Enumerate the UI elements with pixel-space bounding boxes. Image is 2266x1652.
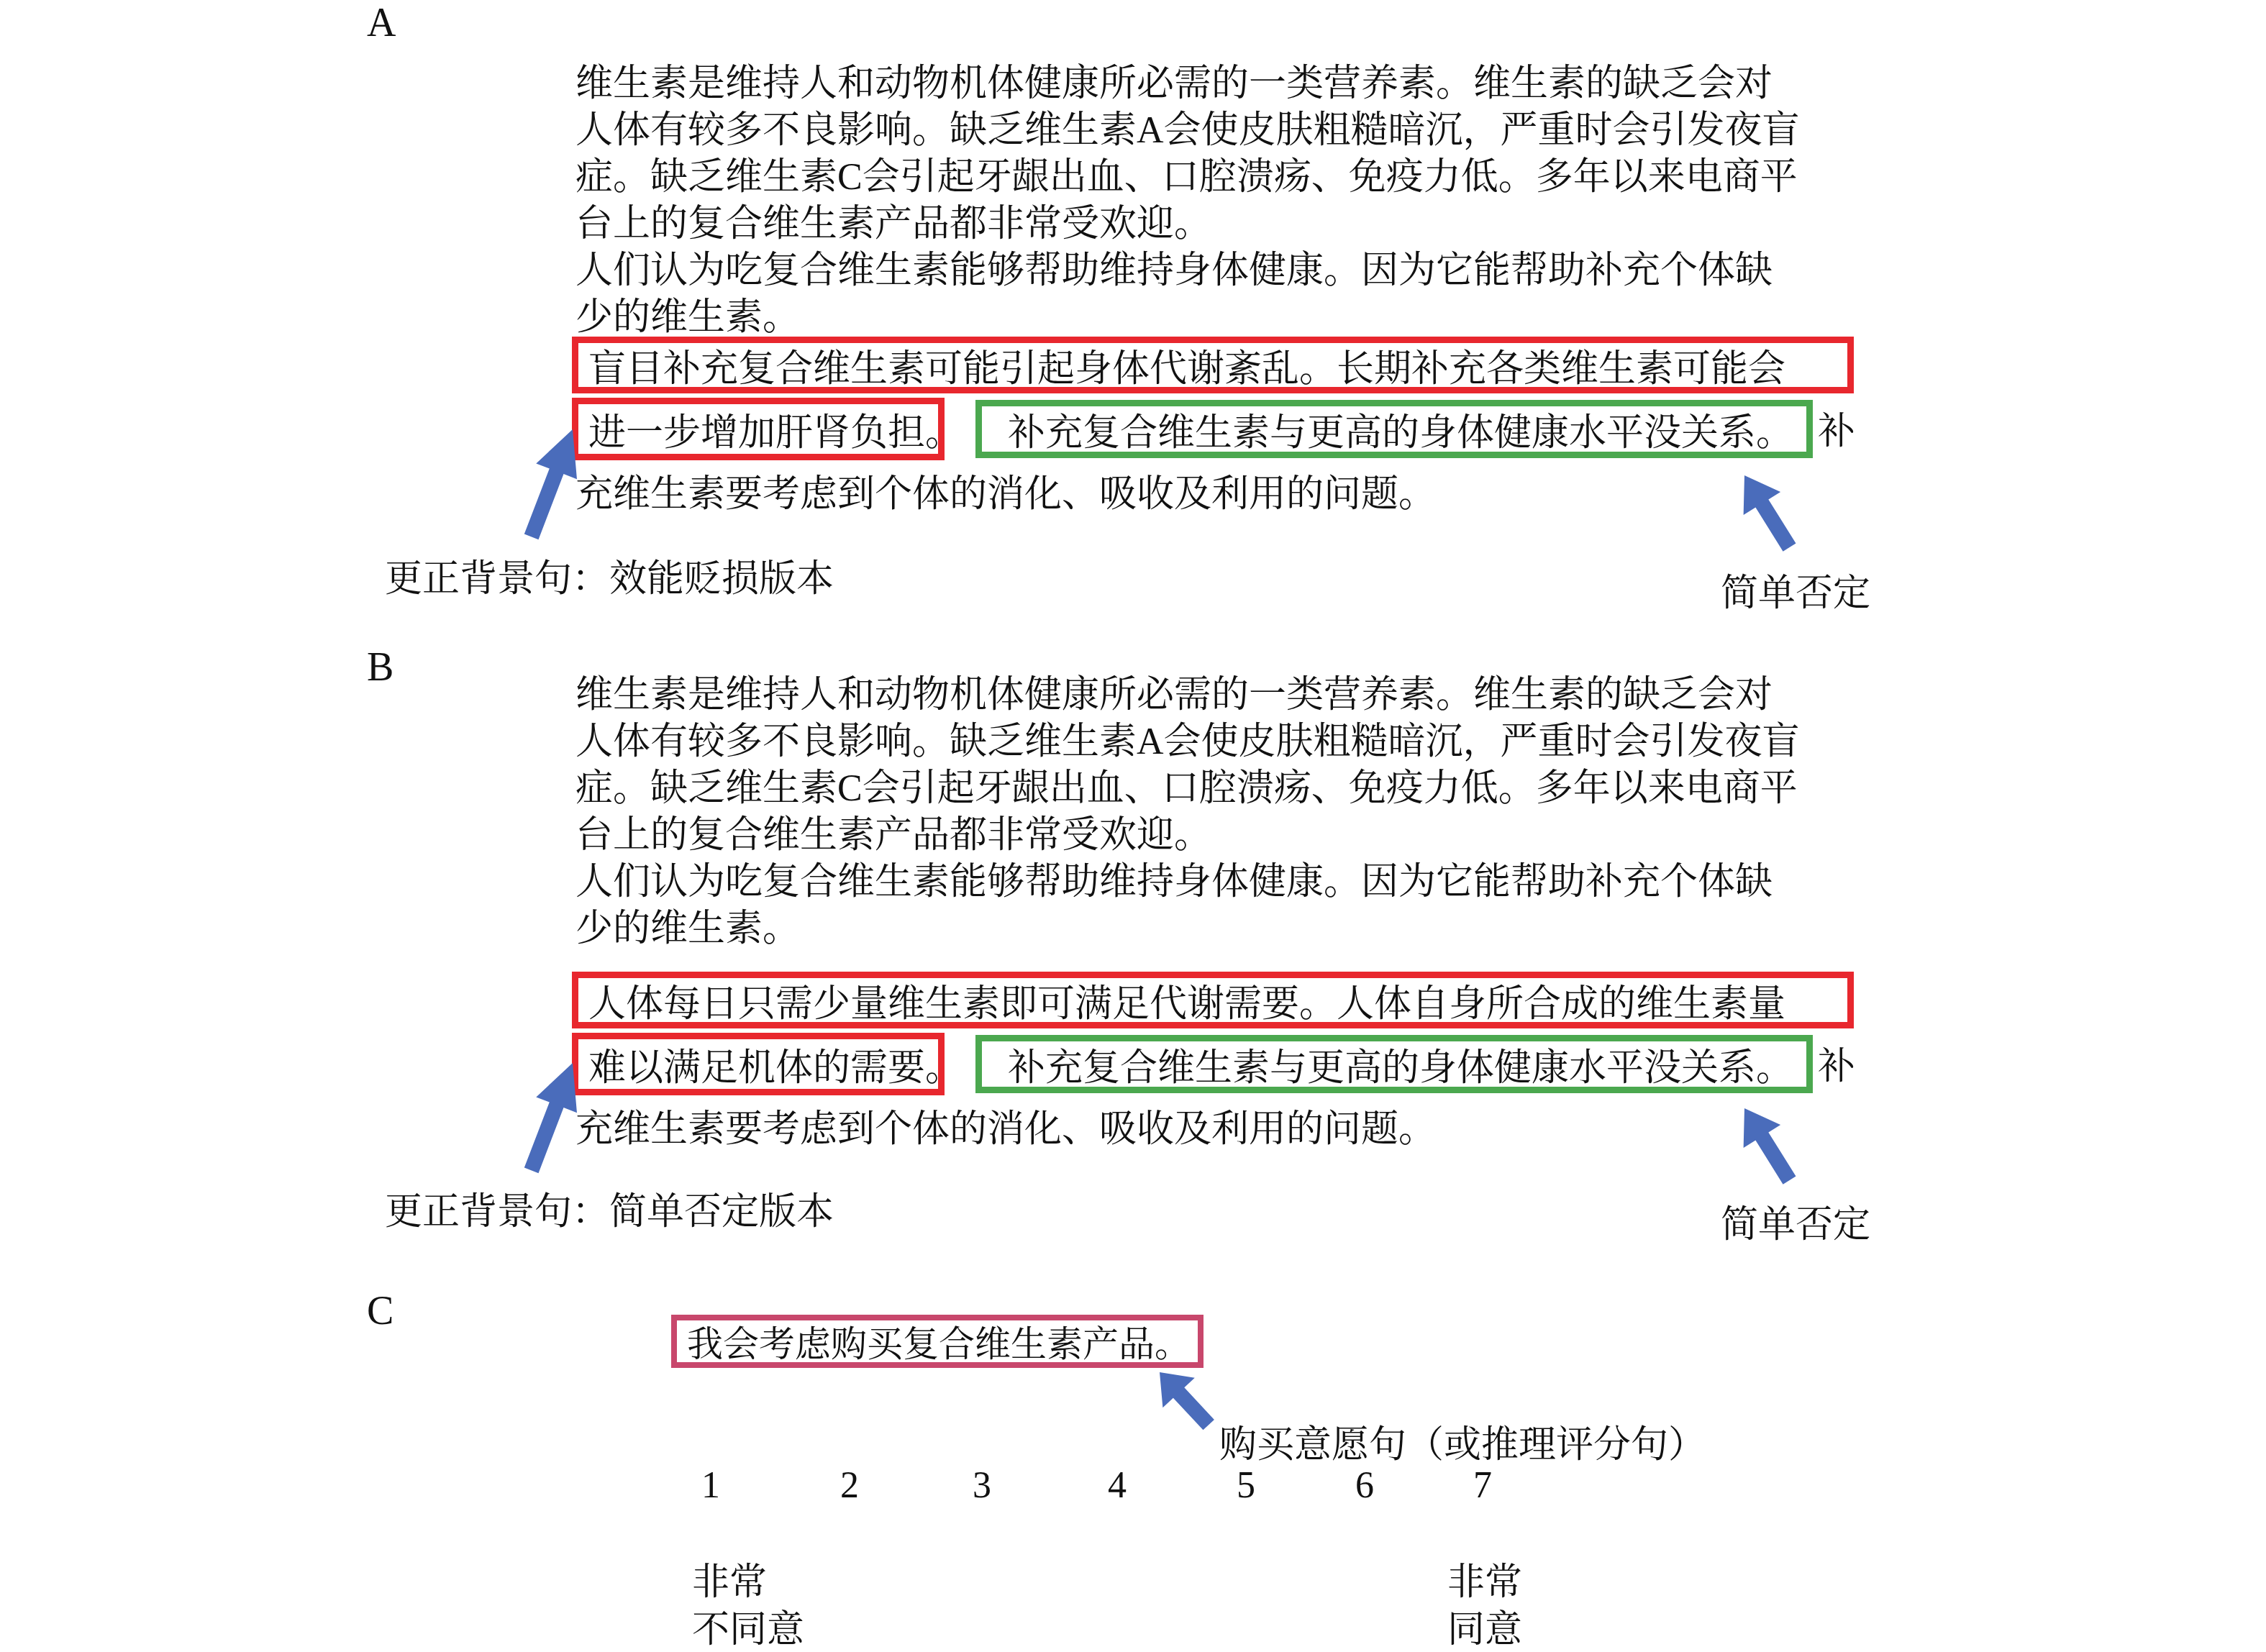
panel-b-correction-red-box-2: 难以满足机体的需要。 xyxy=(572,1033,945,1095)
panel-b-letter: B xyxy=(367,646,393,689)
paragraph-line: 维生素是维持人和动物机体健康所必需的一类营养素。维生素的缺乏会对 xyxy=(575,672,1800,718)
blue-arrow-icon xyxy=(1724,1096,1810,1193)
paragraph-line: 人们认为吃复合维生素能够帮助维持身体健康。因为它能帮助补充个体缺 xyxy=(575,859,1800,905)
paragraph-line: 人体有较多不良影响。缺乏维生素A会使皮肤粗糙暗沉，严重时会引发夜盲 xyxy=(575,718,1800,765)
scale-point: 3 xyxy=(973,1464,991,1507)
correction-sentence-2: 难以满足机体的需要。 xyxy=(578,1037,963,1091)
blue-arrow-icon xyxy=(1724,463,1810,560)
blue-arrow-icon xyxy=(1142,1356,1226,1441)
figure-page: A 维生素是维持人和动物机体健康所必需的一类营养素。维生素的缺乏会对 人体有较多… xyxy=(0,0,2266,1652)
scale-point: 4 xyxy=(1108,1464,1127,1507)
panel-b-caption: 更正背景句：简单否定版本 xyxy=(385,1181,834,1235)
correction-sentence-1: 盲目补充复合维生素可能引起身体代谢紊乱。长期补充各类维生素可能会 xyxy=(578,338,1785,392)
panel-c-caption: 购买意愿句（或推理评分句） xyxy=(1219,1414,1706,1468)
paragraph-line: 症。缺乏维生素C会引起牙龈出血、口腔溃疡、免疫力低。多年以来电商平 xyxy=(575,765,1800,812)
paragraph-line: 人们认为吃复合维生素能够帮助维持身体健康。因为它能帮助补充个体缺 xyxy=(575,247,1800,294)
paragraph-line: 少的维生素。 xyxy=(575,294,1800,341)
panel-b-negation-green-box: 补充复合维生素与更高的身体健康水平没关系。 xyxy=(975,1035,1813,1093)
panel-a-correction-red-box-2: 进一步增加肝肾负担。 xyxy=(572,398,945,460)
paragraph-line: 人体有较多不良影响。缺乏维生素A会使皮肤粗糙暗沉，严重时会引发夜盲 xyxy=(575,107,1800,154)
panel-a-background-paragraph: 维生素是维持人和动物机体健康所必需的一类营养素。维生素的缺乏会对 人体有较多不良… xyxy=(575,60,1800,341)
paragraph-line: 维生素是维持人和动物机体健康所必需的一类营养素。维生素的缺乏会对 xyxy=(575,60,1800,107)
scale-point: 1 xyxy=(701,1464,720,1507)
negation-sentence: 补充复合维生素与更高的身体健康水平没关系。 xyxy=(982,1037,1793,1091)
panel-a-caption: 更正背景句：效能贬损版本 xyxy=(385,548,834,602)
scale-point: 5 xyxy=(1237,1464,1255,1507)
panel-a-negation-green-box: 补充复合维生素与更高的身体健康水平没关系。 xyxy=(975,400,1813,458)
paragraph-line: 少的维生素。 xyxy=(575,905,1800,952)
panel-b-wrap-char: 补 xyxy=(1818,1044,1855,1090)
scale-anchor-right: 非常 同意 xyxy=(1447,1559,1522,1652)
panel-a-negation-caption: 简单否定 xyxy=(1721,562,1870,616)
correction-sentence-2: 进一步增加肝肾负担。 xyxy=(578,402,963,456)
scale-point: 2 xyxy=(840,1464,859,1507)
paragraph-line: 台上的复合维生素产品都非常受欢迎。 xyxy=(575,201,1800,247)
paragraph-line: 症。缺乏维生素C会引起牙龈出血、口腔溃疡、免疫力低。多年以来电商平 xyxy=(575,154,1800,201)
panel-b-negation-caption: 简单否定 xyxy=(1721,1194,1870,1248)
panel-b-correction-red-box-1: 人体每日只需少量维生素即可满足代谢需要。人体自身所合成的维生素量 xyxy=(572,972,1854,1028)
scale-point: 6 xyxy=(1355,1464,1374,1507)
purchase-intent-sentence: 我会考虑购买复合维生素产品。 xyxy=(677,1315,1191,1367)
panel-a-wrap-char: 补 xyxy=(1818,409,1855,455)
purchase-intent-box: 我会考虑购买复合维生素产品。 xyxy=(671,1315,1203,1368)
paragraph-line: 台上的复合维生素产品都非常受欢迎。 xyxy=(575,812,1800,859)
scale-anchor-left: 非常 不同意 xyxy=(692,1559,804,1652)
panel-b-background-paragraph: 维生素是维持人和动物机体健康所必需的一类营养素。维生素的缺乏会对 人体有较多不良… xyxy=(575,672,1800,952)
negation-sentence: 补充复合维生素与更高的身体健康水平没关系。 xyxy=(982,402,1793,456)
panel-a-continuation-text: 充维生素要考虑到个体的消化、吸收及利用的问题。 xyxy=(575,471,1436,518)
panel-b-continuation-text: 充维生素要考虑到个体的消化、吸收及利用的问题。 xyxy=(575,1106,1436,1153)
panel-a-letter: A xyxy=(367,1,396,45)
panel-a-correction-red-box-1: 盲目补充复合维生素可能引起身体代谢紊乱。长期补充各类维生素可能会 xyxy=(572,337,1854,393)
scale-point: 7 xyxy=(1473,1464,1492,1507)
correction-sentence-1: 人体每日只需少量维生素即可满足代谢需要。人体自身所合成的维生素量 xyxy=(578,973,1785,1027)
panel-c-letter: C xyxy=(367,1290,393,1333)
